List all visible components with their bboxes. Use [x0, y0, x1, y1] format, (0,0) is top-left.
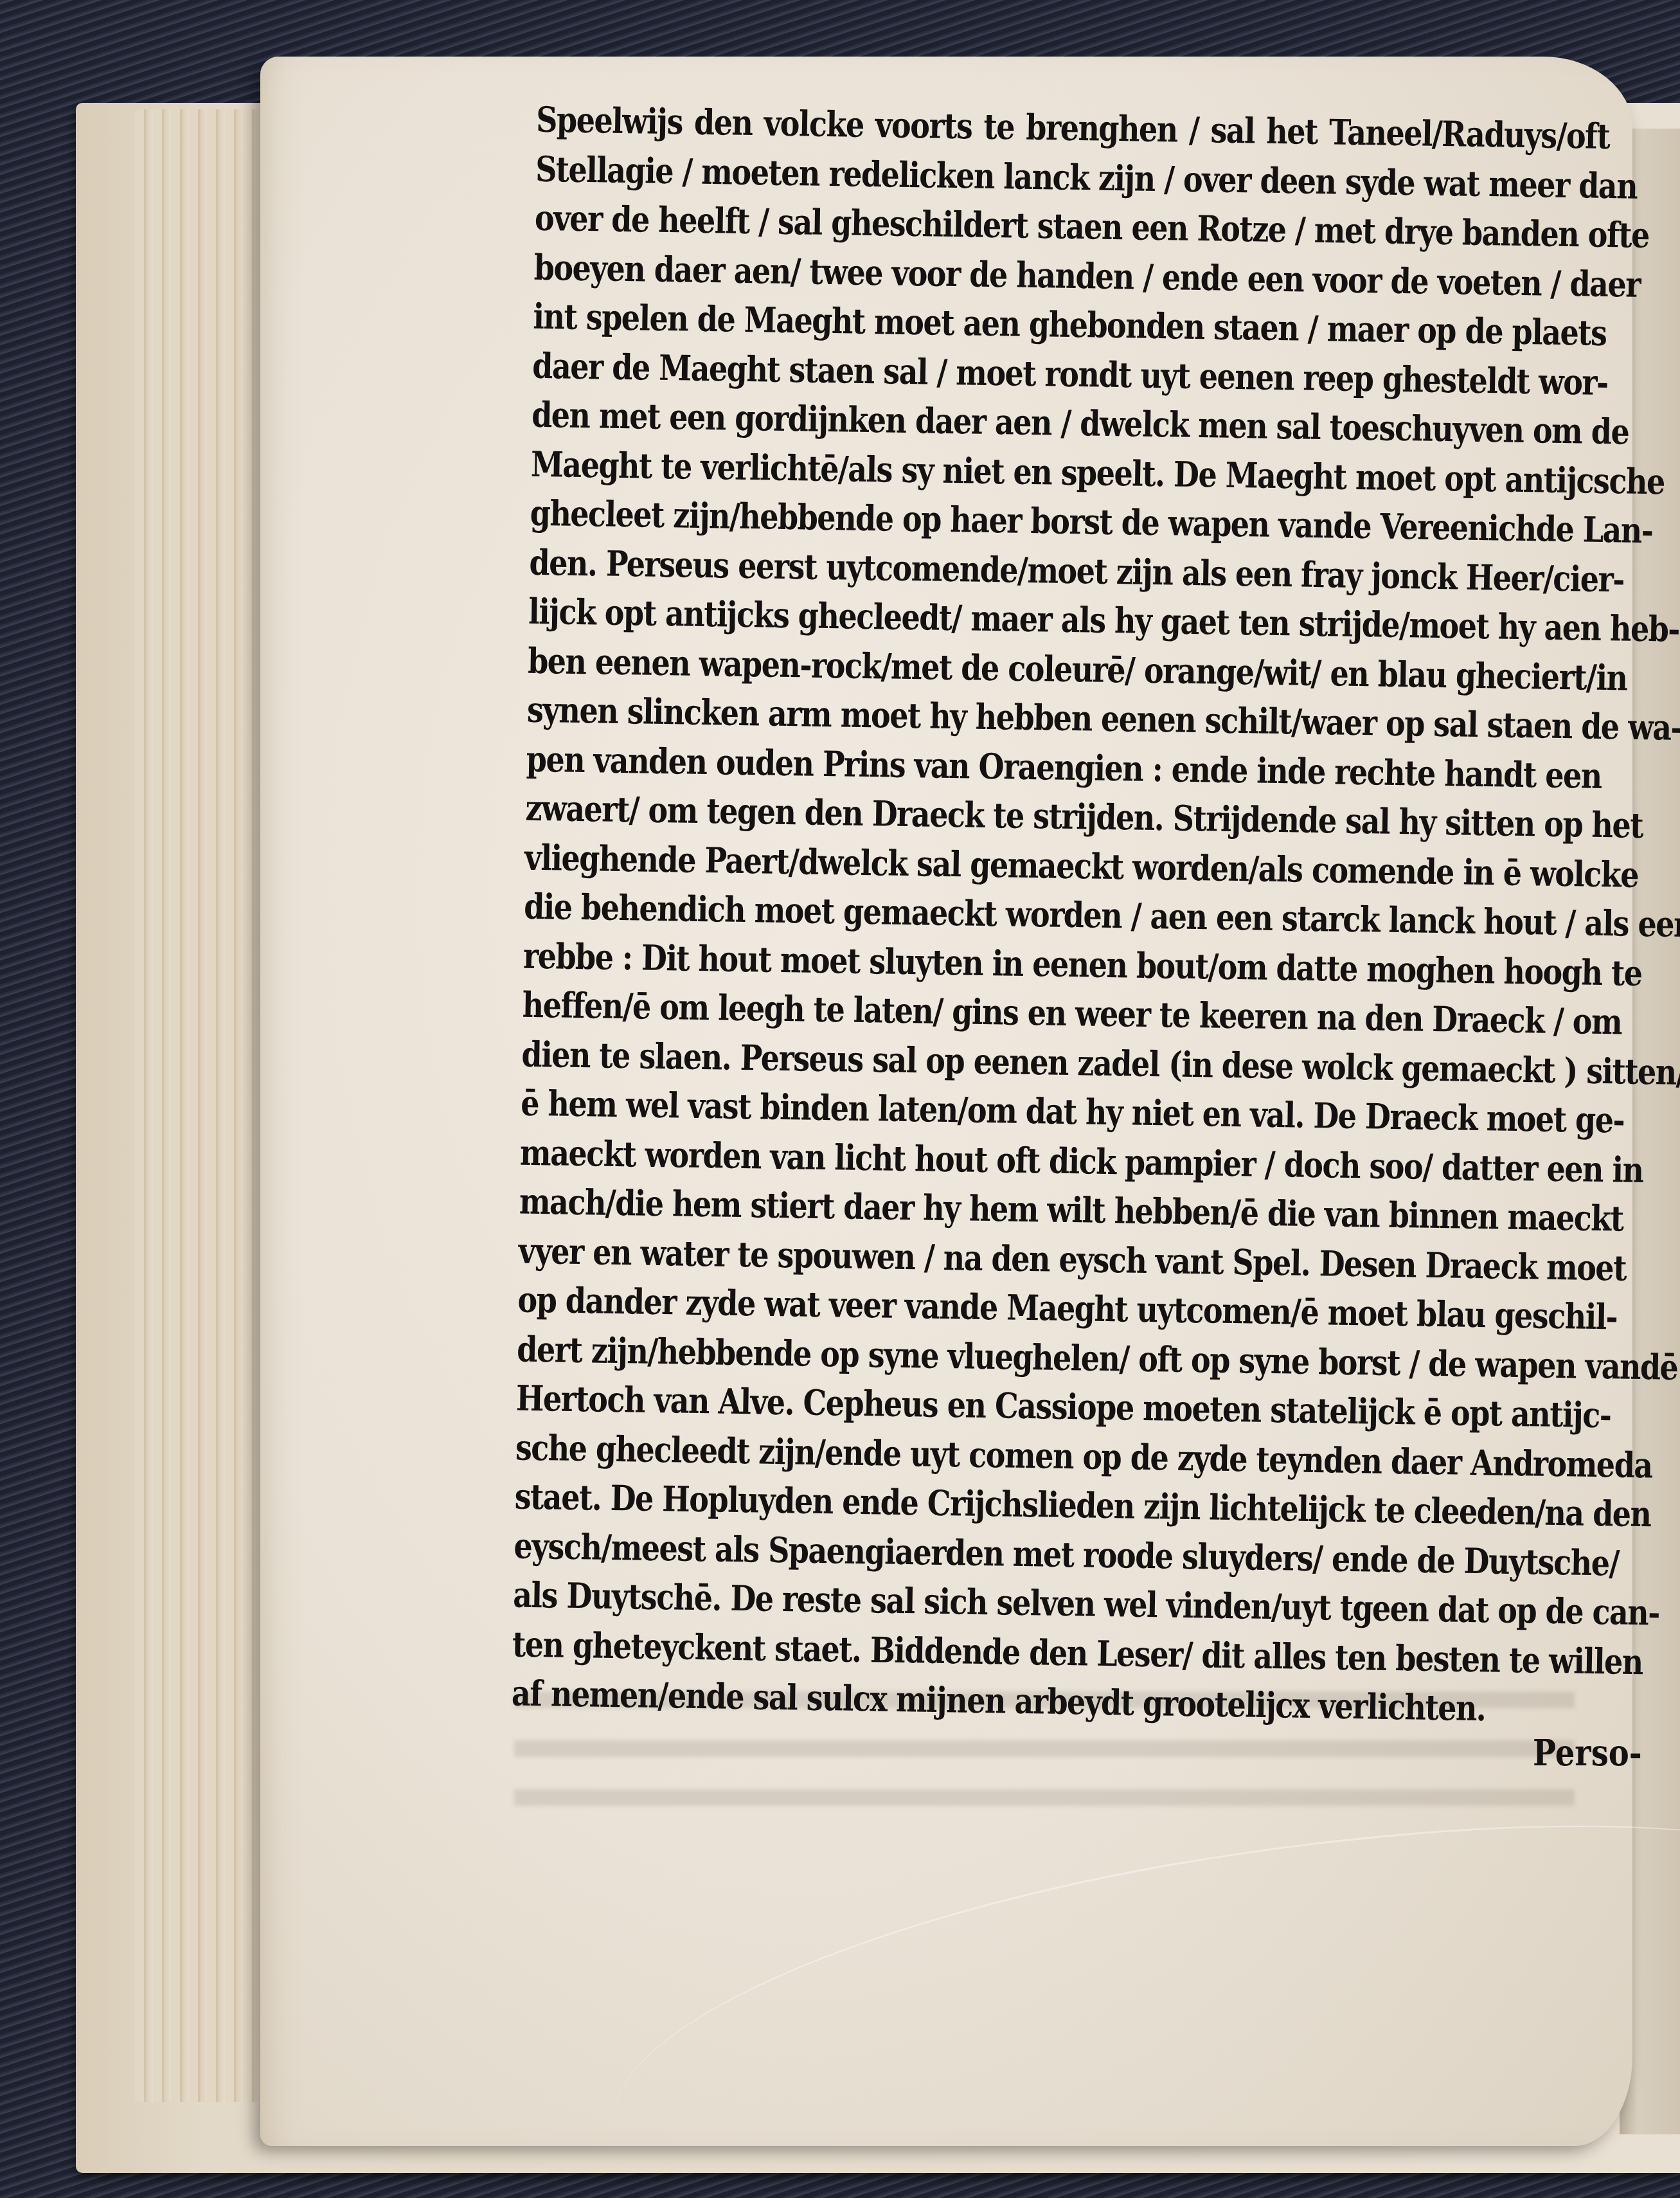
body-text: Speelwijs den volcke voorts te brenghen …	[511, 95, 1609, 1734]
page-stack-edges	[135, 109, 264, 2102]
catchword: Perso-	[1533, 1733, 1642, 1774]
